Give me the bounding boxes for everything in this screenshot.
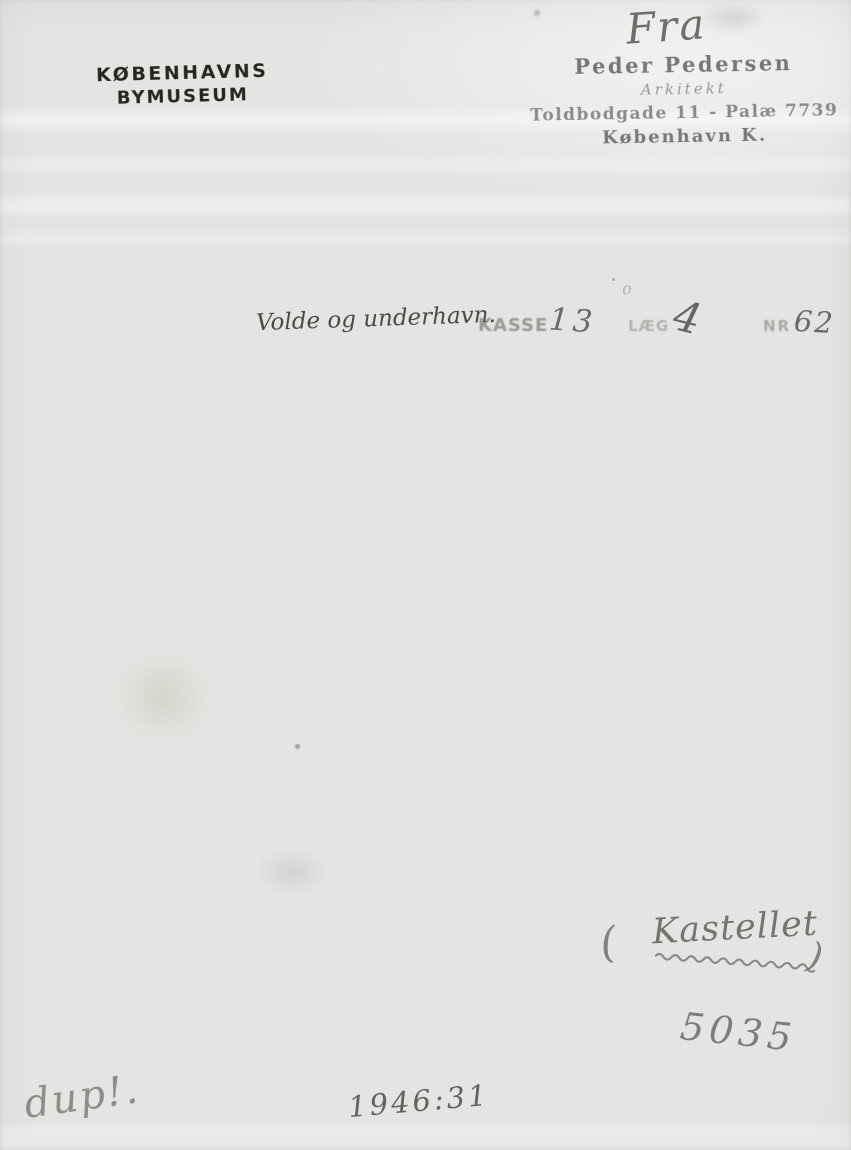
- paper-speck: [612, 278, 615, 281]
- handwritten-inventory-number: 5035: [678, 1004, 799, 1060]
- handwritten-location-annotation: Kastellet: [651, 904, 819, 953]
- sender-stamp: Peder Pedersen Arkitekt Toldbodgade 11 -…: [522, 49, 846, 150]
- handwritten-nr-number: 62: [793, 304, 836, 340]
- handwritten-open-paren: (: [597, 917, 620, 968]
- handwritten-kasse-number: 13: [548, 301, 598, 340]
- handwritten-from-annotation: Fra: [624, 0, 707, 54]
- photo-verso-scan: KØBENHAVNS BYMUSEUM Fra Peder Pedersen A…: [0, 0, 851, 1150]
- museum-stamp-line1: KØBENHAVNS: [94, 60, 270, 87]
- paper-smudge: [700, 2, 766, 34]
- faint-pencil-mark: o: [621, 278, 633, 298]
- sender-stamp-address: Toldbodgade 11 - Palæ 7739: [523, 100, 845, 126]
- laeg-stamp-label: LÆG: [628, 317, 669, 335]
- handwritten-laeg-number: 4: [668, 290, 706, 344]
- wavy-underline: [652, 946, 823, 982]
- museum-stamp-line2: BYMUSEUM: [95, 84, 270, 110]
- paper-smudge: [115, 652, 210, 742]
- scan-streak: [0, 1126, 851, 1150]
- handwritten-subject-annotation: Volde og underhavn.: [256, 302, 497, 336]
- paper-smudge: [255, 848, 330, 896]
- paper-speck: [295, 744, 300, 749]
- scan-streak: [0, 198, 851, 213]
- nr-stamp-label: NR: [763, 317, 791, 335]
- scan-streak: [0, 233, 851, 243]
- kasse-stamp-label: KASSE: [478, 315, 548, 336]
- paper-speck: [534, 10, 540, 16]
- sender-stamp-name: Peder Pedersen: [522, 49, 844, 80]
- sender-stamp-title: Arkitekt: [523, 77, 845, 101]
- scan-streak: [0, 160, 851, 170]
- museum-stamp: KØBENHAVNS BYMUSEUM: [94, 60, 270, 110]
- handwritten-accession-number: 1946:31: [347, 1078, 491, 1124]
- handwritten-duplicate-note: dup!.: [21, 1066, 142, 1128]
